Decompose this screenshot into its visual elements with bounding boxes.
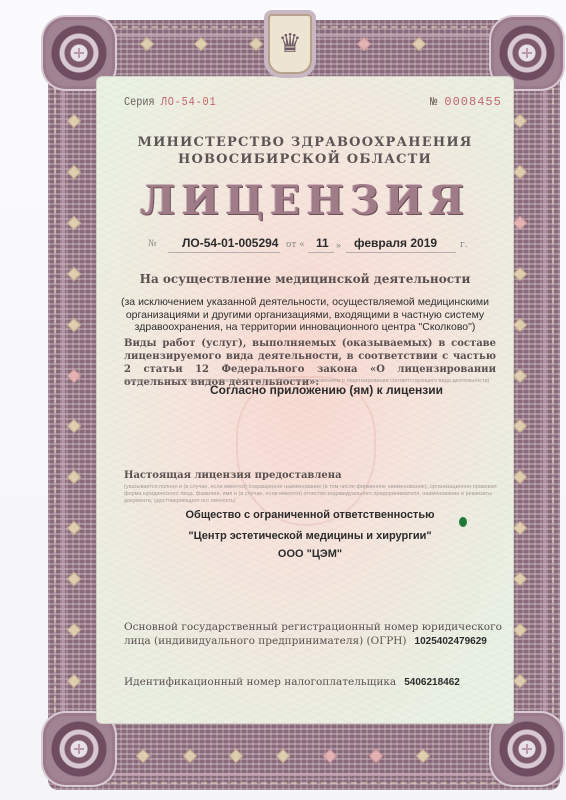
- coat-of-arms-icon: ♛: [268, 14, 312, 74]
- organization-short-name: ООО "ЦЭМ": [110, 548, 510, 560]
- activity-type: На осуществление медицинской деятельност…: [100, 272, 510, 286]
- green-mark-icon: [459, 517, 467, 527]
- year-suffix: г.: [460, 240, 468, 250]
- series-value: ЛО-54-01: [161, 95, 217, 109]
- border-pattern-left: [60, 96, 88, 706]
- activity-exclusion: (за исключением указанной деятельности, …: [104, 296, 506, 334]
- form-number-value: 0008455: [444, 95, 501, 109]
- document-title: ЛИЦЕНЗИЯ: [100, 177, 510, 224]
- border-pattern-bottom: [120, 742, 446, 770]
- series-label: Серия: [124, 95, 155, 109]
- scanned-page: ♛ Серия ЛО-54-01 № 0008455 МИНИСТЕРСТВО …: [0, 0, 566, 800]
- underline: [168, 252, 280, 253]
- license-month-year: февраля 2019: [354, 236, 437, 250]
- inn: Идентификационный номер налогоплательщик…: [124, 676, 460, 688]
- form-number: № 0008455: [430, 95, 502, 109]
- date-from-label: от «: [286, 240, 305, 250]
- inn-label: Идентификационный номер налогоплательщик…: [124, 676, 396, 688]
- granted-to-hint: (указывается полное и (в случае, если им…: [124, 484, 504, 505]
- license-number-row: № ЛО-54-01-005294 от « 11 » февраля 2019…: [146, 236, 486, 252]
- ogrn-value: 1025402479629: [415, 636, 487, 647]
- license-number: ЛО-54-01-005294: [182, 236, 278, 250]
- underline: [308, 252, 334, 253]
- organization-full-name: "Центр эстетической медицины и хирургии": [110, 530, 510, 542]
- ogrn: Основной государственный регистрационный…: [124, 620, 504, 649]
- license-no-label: №: [148, 239, 157, 249]
- ministry-region: НОВОСИБИРСКОЙ ОБЛАСТИ: [100, 151, 510, 168]
- corner-rosette-icon: [494, 716, 560, 782]
- inn-value: 5406218462: [404, 677, 460, 688]
- underline: [346, 252, 456, 253]
- works-value: Согласно приложению (ям) к лицензии: [210, 383, 443, 397]
- date-quote-close: »: [336, 240, 341, 250]
- form-number-label: №: [430, 95, 437, 109]
- corner-rosette-icon: [46, 716, 112, 782]
- ministry-name: МИНИСТЕРСТВО ЗДРАВООХРАНЕНИЯ: [100, 134, 510, 151]
- license-day: 11: [316, 236, 329, 250]
- granted-to-label: Настоящая лицензия предоставлена: [124, 470, 342, 481]
- series: Серия ЛО-54-01: [124, 95, 217, 109]
- organization-legal-form: Общество с ограниченной ответственностью: [110, 509, 510, 521]
